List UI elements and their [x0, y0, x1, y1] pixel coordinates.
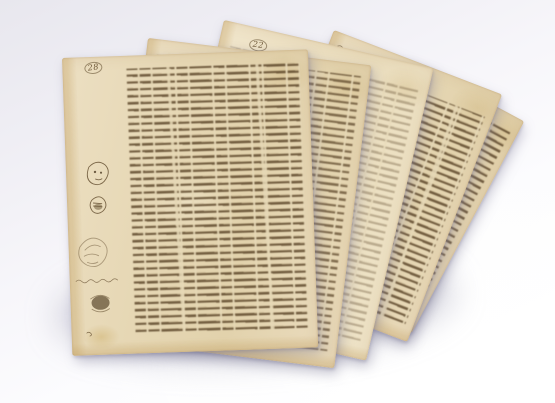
page-number-badge: 28: [84, 61, 103, 75]
margin-sketches: [68, 156, 137, 346]
photo-background: 12 22 28: [0, 0, 555, 403]
handwriting-text: [126, 63, 308, 334]
page-number: 28: [87, 63, 99, 72]
page-number: 22: [252, 41, 264, 50]
manuscript-sheet-1: 28: [62, 49, 318, 355]
